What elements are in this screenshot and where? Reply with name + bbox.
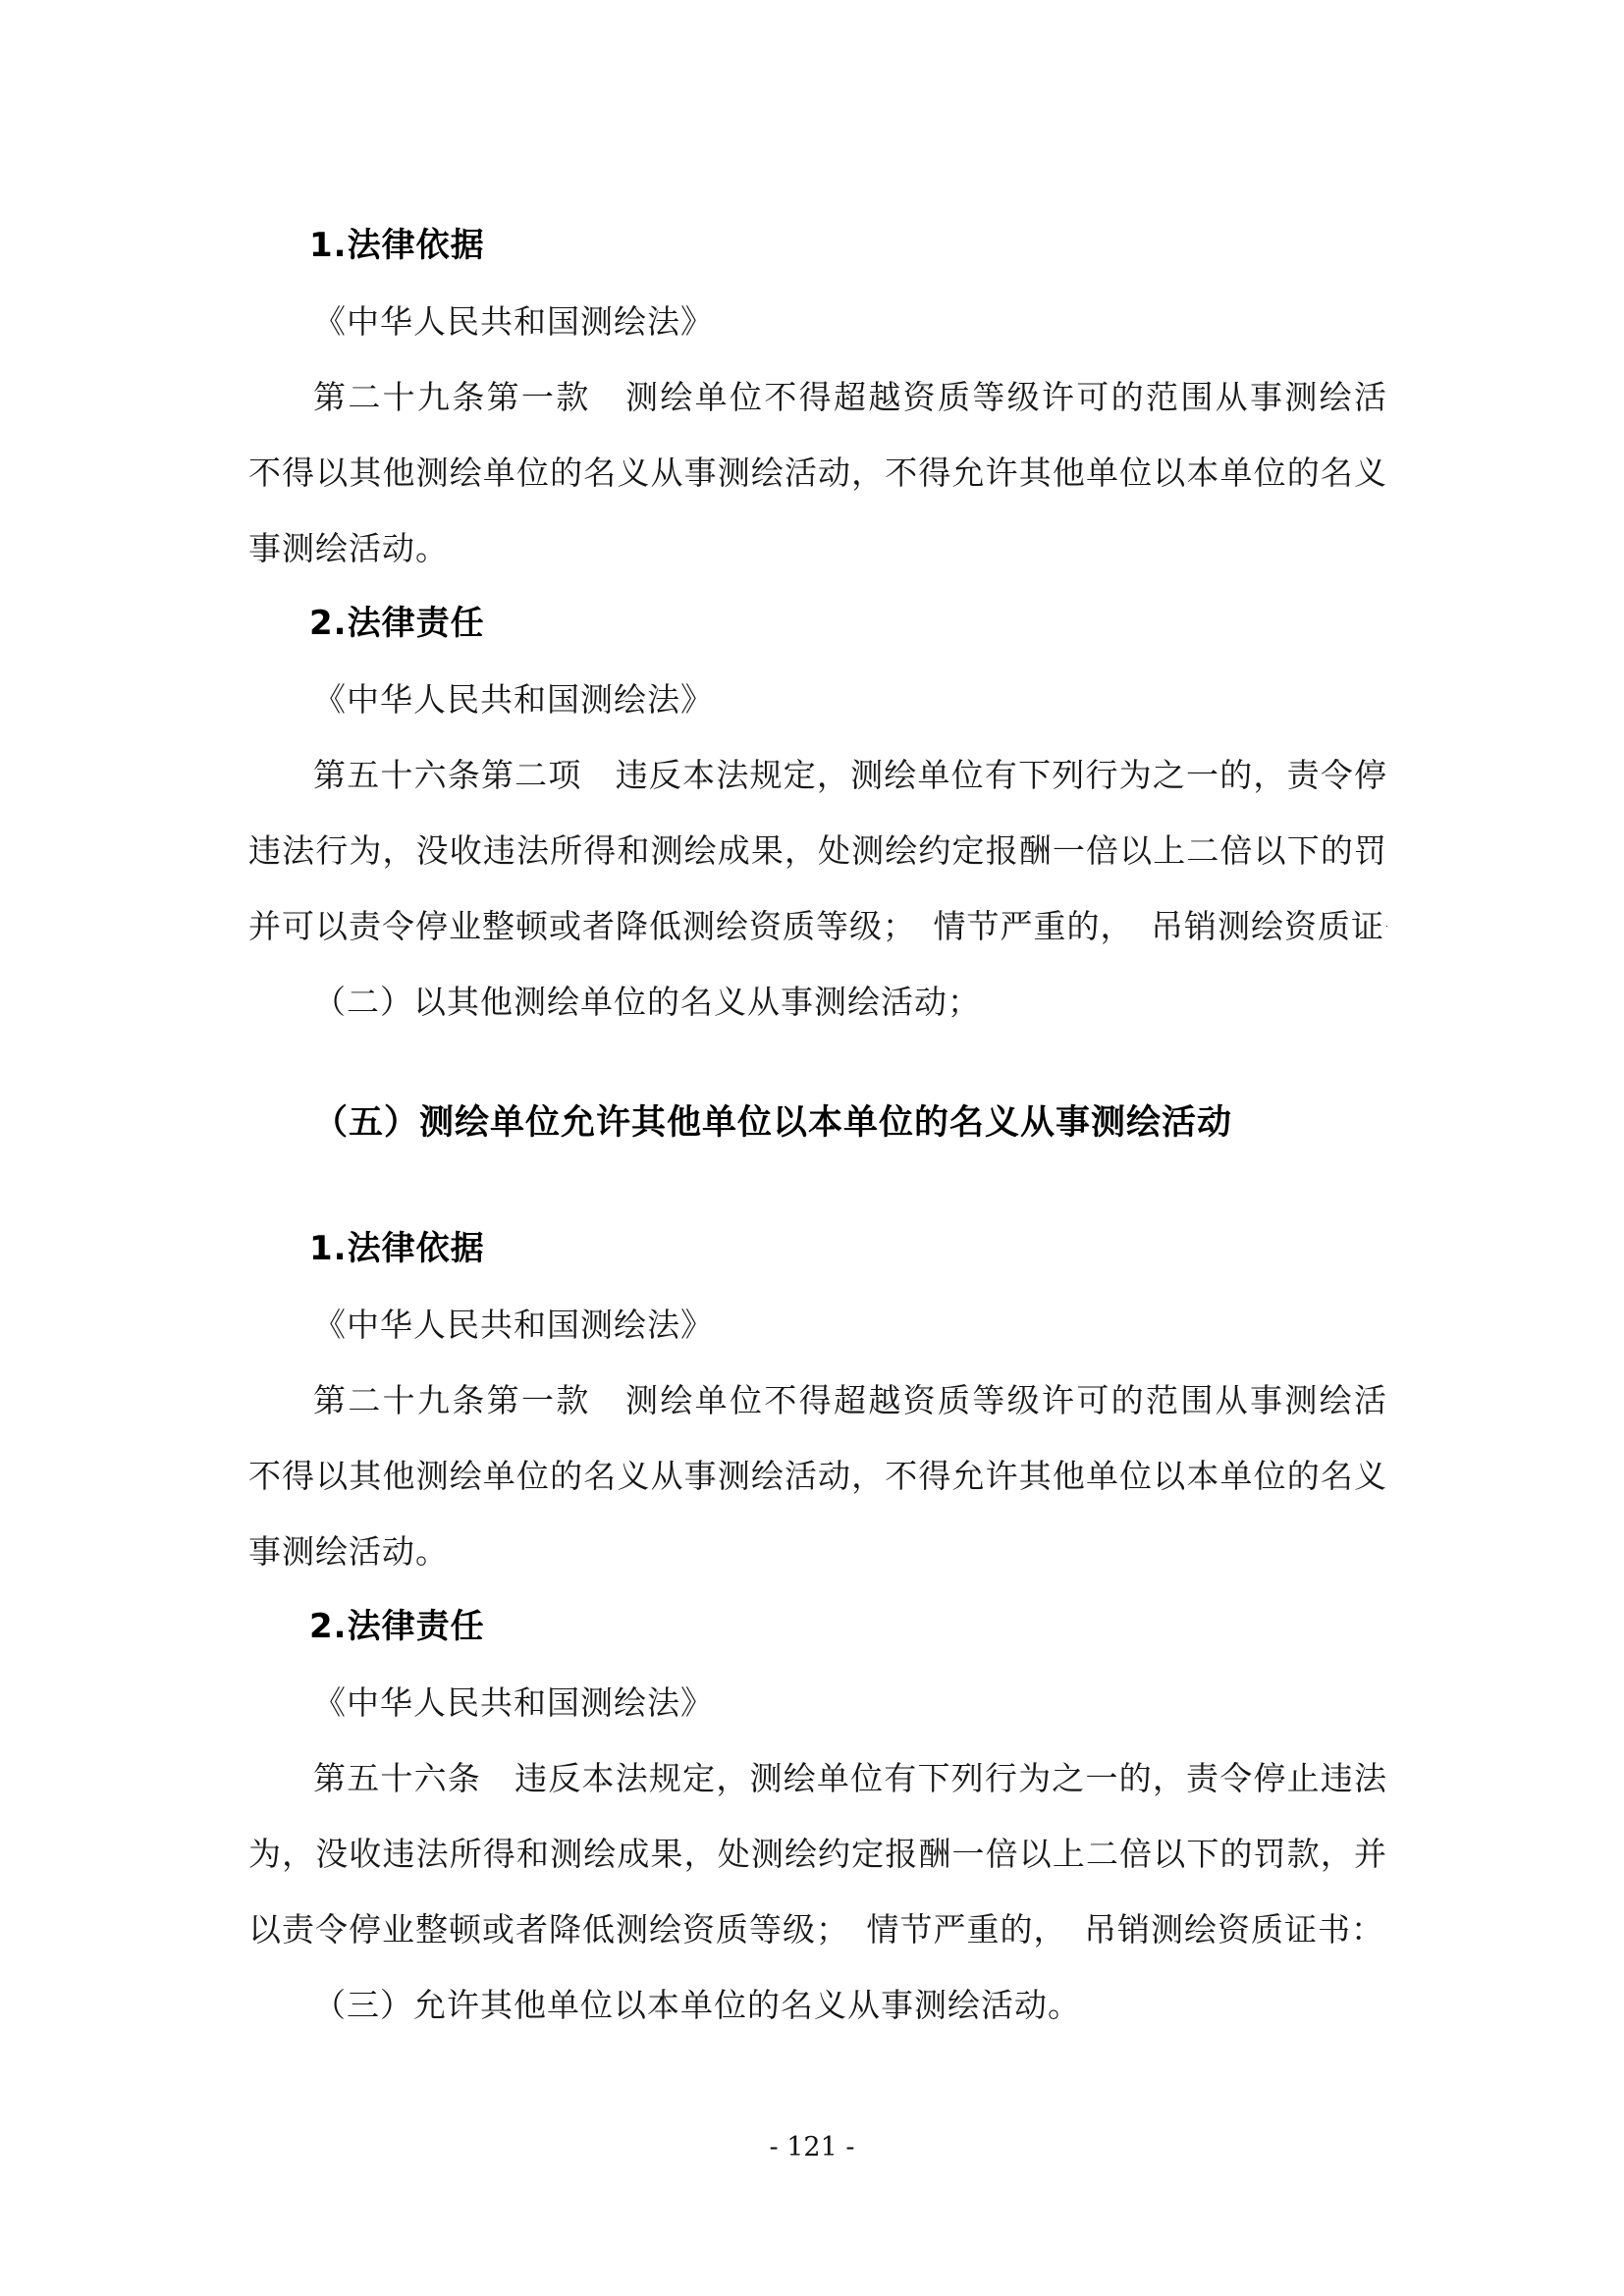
law-title: 《中华人民共和国测绘法》 xyxy=(248,284,1387,359)
article-56-item2-line-1: 第五十六条第二项 违反本法规定，测绘单位有下列行为之一的，责令停止 xyxy=(248,737,1387,813)
legal-liability-heading: 2.法律责任 xyxy=(248,586,1387,662)
article-56-item2-line-2: 违法行为，没收违法所得和测绘成果，处测绘约定报酬一倍以上二倍以下的罚款， xyxy=(248,813,1387,888)
article-56-item2-line-3: 并可以责令停业整顿或者降低测绘资质等级； 情节严重的， 吊销测绘资质证书： xyxy=(248,888,1387,964)
article-56-line-3: 以责令停业整顿或者降低测绘资质等级； 情节严重的， 吊销测绘资质证书： xyxy=(248,1892,1387,1967)
article-29-line-2: 不得以其他测绘单位的名义从事测绘活动，不得允许其他单位以本单位的名义从 xyxy=(248,1438,1387,1514)
law-title: 《中华人民共和国测绘法》 xyxy=(248,1287,1387,1362)
article-29-line-3: 事测绘活动。 xyxy=(248,510,1387,586)
article-29-line-2: 不得以其他测绘单位的名义从事测绘活动，不得允许其他单位以本单位的名义从 xyxy=(248,435,1387,510)
article-29-line-1: 第二十九条第一款 测绘单位不得超越资质等级许可的范围从事测绘活动， xyxy=(248,1362,1387,1438)
article-29-line-1: 第二十九条第一款 测绘单位不得超越资质等级许可的范围从事测绘活动， xyxy=(248,359,1387,435)
section-5-heading: （五）测绘单位允许其他单位以本单位的名义从事测绘活动 xyxy=(248,1086,1387,1161)
legal-basis-heading: 1.法律依据 xyxy=(248,1211,1387,1287)
page-number: - 121 - xyxy=(0,2130,1624,2165)
item-3-clause: （三）允许其他单位以本单位的名义从事测绘活动。 xyxy=(248,1967,1387,2043)
item-2-clause: （二）以其他测绘单位的名义从事测绘活动； xyxy=(248,964,1387,1040)
article-56-line-2: 为，没收违法所得和测绘成果，处测绘约定报酬一倍以上二倍以下的罚款，并可 xyxy=(248,1816,1387,1892)
document-page: 1.法律依据 《中华人民共和国测绘法》 第二十九条第一款 测绘单位不得超越资质等… xyxy=(0,0,1624,2296)
legal-liability-heading: 2.法律责任 xyxy=(248,1589,1387,1665)
law-title: 《中华人民共和国测绘法》 xyxy=(248,662,1387,737)
law-title: 《中华人民共和国测绘法》 xyxy=(248,1665,1387,1740)
document-content: 1.法律依据 《中华人民共和国测绘法》 第二十九条第一款 测绘单位不得超越资质等… xyxy=(248,208,1387,2043)
legal-basis-heading: 1.法律依据 xyxy=(248,208,1387,284)
article-29-line-3: 事测绘活动。 xyxy=(248,1514,1387,1589)
article-56-line-1: 第五十六条 违反本法规定，测绘单位有下列行为之一的，责令停止违法行 xyxy=(248,1740,1387,1816)
